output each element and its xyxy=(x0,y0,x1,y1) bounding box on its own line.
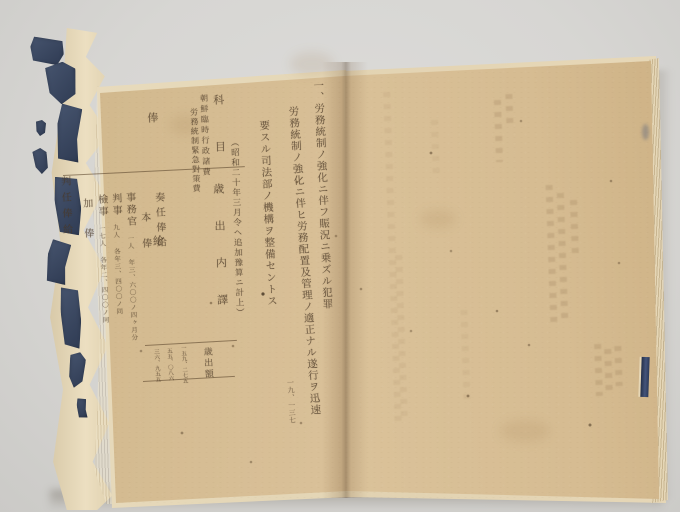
foxing-specks xyxy=(0,0,2,2)
ink-smudge xyxy=(642,124,649,140)
entry-label: 判任俸給 xyxy=(59,176,73,240)
cover-fragment xyxy=(36,120,46,136)
cover-fragment xyxy=(32,147,50,175)
total-label: 歳出額 xyxy=(201,347,212,380)
entry-label: 檢事 xyxy=(96,194,108,218)
entry-label: 奏任俸給 xyxy=(153,192,166,252)
entry-label: 本俸 xyxy=(139,212,152,264)
cover-fragment xyxy=(29,36,66,65)
table-entry: 奏任俸給 xyxy=(152,192,165,259)
total-value-3: 三六、九五五 xyxy=(152,349,159,382)
total-value-2: 五五、〇八六 xyxy=(165,348,172,381)
stain xyxy=(500,420,550,442)
total-value-1: 一五九、二七五 xyxy=(179,345,187,384)
table-entry: 判任俸給 xyxy=(58,176,71,247)
entry-label: 事務官 xyxy=(124,192,136,228)
table-entry: 加俸 xyxy=(80,198,93,265)
stain xyxy=(420,210,456,228)
entry-label: 判事 xyxy=(110,193,122,217)
amount-note: 一九、一三七 xyxy=(286,379,296,424)
photo-open-book: 一、労務統制ノ強化ニ伴フ賑況ニ乗ズル犯罪 労務統制ノ強化ニ伴ヒ労務配置及管理ノ適… xyxy=(0,0,680,512)
table-entry: 本俸 xyxy=(138,212,151,271)
entry-label: 加俸 xyxy=(81,198,94,258)
table-header-top: 科目 xyxy=(212,94,227,188)
binding-fragment xyxy=(640,357,649,397)
